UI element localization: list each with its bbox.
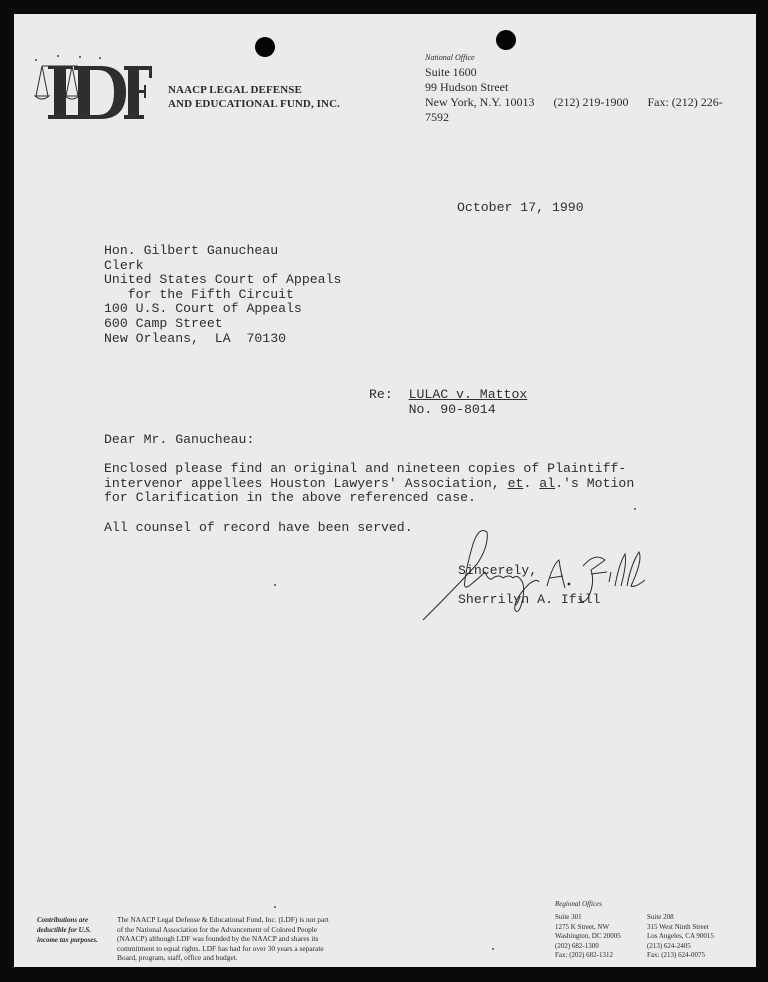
national-office-address: National Office Suite 1600 99 Hudson Str… bbox=[425, 52, 756, 125]
letter-page: NAACP LEGAL DEFENSE AND EDUCATIONAL FUND… bbox=[14, 14, 756, 967]
re-line: Re: LULAC v. Mattox No. 90-8014 bbox=[369, 388, 527, 417]
letter-date: October 17, 1990 bbox=[457, 200, 584, 215]
re-case-number: No. 90-8014 bbox=[409, 402, 496, 417]
office-line: Fax: (213) 624-0075 bbox=[647, 951, 727, 960]
paper-speck bbox=[274, 906, 276, 908]
hole-punch-left bbox=[255, 37, 275, 57]
org-name-line1: NAACP LEGAL DEFENSE bbox=[168, 83, 340, 97]
paragraph-line: intervenor appellees Houston Lawyers' As… bbox=[104, 476, 508, 491]
tax-note-line: Contributions are bbox=[37, 915, 98, 925]
office-line: Fax: (202) 682-1312 bbox=[555, 951, 635, 960]
paper-speck bbox=[634, 508, 636, 510]
regional-office-los-angeles: Suite 208 315 West Ninth Street Los Ange… bbox=[647, 913, 727, 960]
national-office-phone: (212) 219-1900 bbox=[553, 95, 628, 109]
recipient-line: 100 U.S. Court of Appeals bbox=[104, 302, 341, 317]
office-line: 1275 K Street, NW bbox=[555, 923, 635, 932]
body-paragraph-2: All counsel of record have been served. bbox=[104, 520, 413, 535]
tax-deductible-note: Contributions are deductible for U.S. in… bbox=[37, 915, 98, 945]
ldf-disclaimer: The NAACP Legal Defense & Educational Fu… bbox=[117, 915, 377, 963]
recipient-line: for the Fifth Circuit bbox=[104, 288, 341, 303]
disclaimer-line: commitment to equal rights. LDF has had … bbox=[117, 944, 377, 954]
re-label: Re: bbox=[369, 387, 393, 402]
recipient-address: Hon. Gilbert Ganucheau Clerk United Stat… bbox=[104, 244, 341, 346]
ldf-logo bbox=[34, 52, 154, 124]
re-case-name: LULAC v. Mattox bbox=[409, 387, 528, 402]
salutation: Dear Mr. Ganucheau: bbox=[104, 432, 254, 447]
recipient-line: 600 Camp Street bbox=[104, 317, 341, 332]
paragraph-text: . bbox=[523, 476, 539, 491]
al-underlined: al bbox=[539, 476, 555, 491]
paper-speck bbox=[274, 584, 276, 586]
handwritten-signature bbox=[419, 524, 659, 634]
office-line: (213) 624-2405 bbox=[647, 942, 727, 951]
national-office-label: National Office bbox=[425, 52, 756, 64]
regional-offices: Regional Offices Suite 301 1275 K Street… bbox=[555, 900, 727, 960]
tax-note-line: deductible for U.S. bbox=[37, 925, 98, 935]
body-paragraph-1: Enclosed please find an original and nin… bbox=[104, 462, 634, 506]
paragraph-line: Enclosed please find an original and nin… bbox=[104, 461, 626, 476]
office-line: (202) 682-1300 bbox=[555, 942, 635, 951]
national-office-city: New York, N.Y. 10013 bbox=[425, 95, 534, 109]
disclaimer-line: of the National Association for the Adva… bbox=[117, 925, 377, 935]
paragraph-line: for Clarification in the above reference… bbox=[104, 490, 476, 505]
national-office-contact: New York, N.Y. 10013 (212) 219-1900 Fax:… bbox=[425, 95, 756, 125]
org-name-line2: AND EDUCATIONAL FUND, INC. bbox=[168, 97, 340, 111]
regional-offices-label: Regional Offices bbox=[555, 900, 727, 909]
hole-punch-right bbox=[496, 30, 516, 50]
tax-note-line: income tax purposes. bbox=[37, 935, 98, 945]
national-office-suite: Suite 1600 bbox=[425, 65, 756, 80]
office-line: Los Angeles, CA 90015 bbox=[647, 932, 727, 941]
office-line: 315 West Ninth Street bbox=[647, 923, 727, 932]
recipient-line: Hon. Gilbert Ganucheau bbox=[104, 244, 341, 259]
regional-office-washington: Suite 301 1275 K Street, NW Washington, … bbox=[555, 913, 635, 960]
disclaimer-line: The NAACP Legal Defense & Educational Fu… bbox=[117, 915, 377, 925]
disclaimer-line: Board, program, staff, office and budget… bbox=[117, 953, 377, 963]
office-line: Washington, DC 20005 bbox=[555, 932, 635, 941]
et-underlined: et bbox=[508, 476, 524, 491]
paragraph-text: .'s Motion bbox=[555, 476, 634, 491]
recipient-line: United States Court of Appeals bbox=[104, 273, 341, 288]
organization-name: NAACP LEGAL DEFENSE AND EDUCATIONAL FUND… bbox=[168, 83, 340, 111]
office-line: Suite 208 bbox=[647, 913, 727, 922]
paper-speck bbox=[492, 948, 494, 950]
disclaimer-line: (NAACP) although LDF was founded by the … bbox=[117, 934, 377, 944]
office-line: Suite 301 bbox=[555, 913, 635, 922]
national-office-street: 99 Hudson Street bbox=[425, 80, 756, 95]
recipient-line: New Orleans, LA 70130 bbox=[104, 332, 341, 347]
recipient-line: Clerk bbox=[104, 259, 341, 274]
